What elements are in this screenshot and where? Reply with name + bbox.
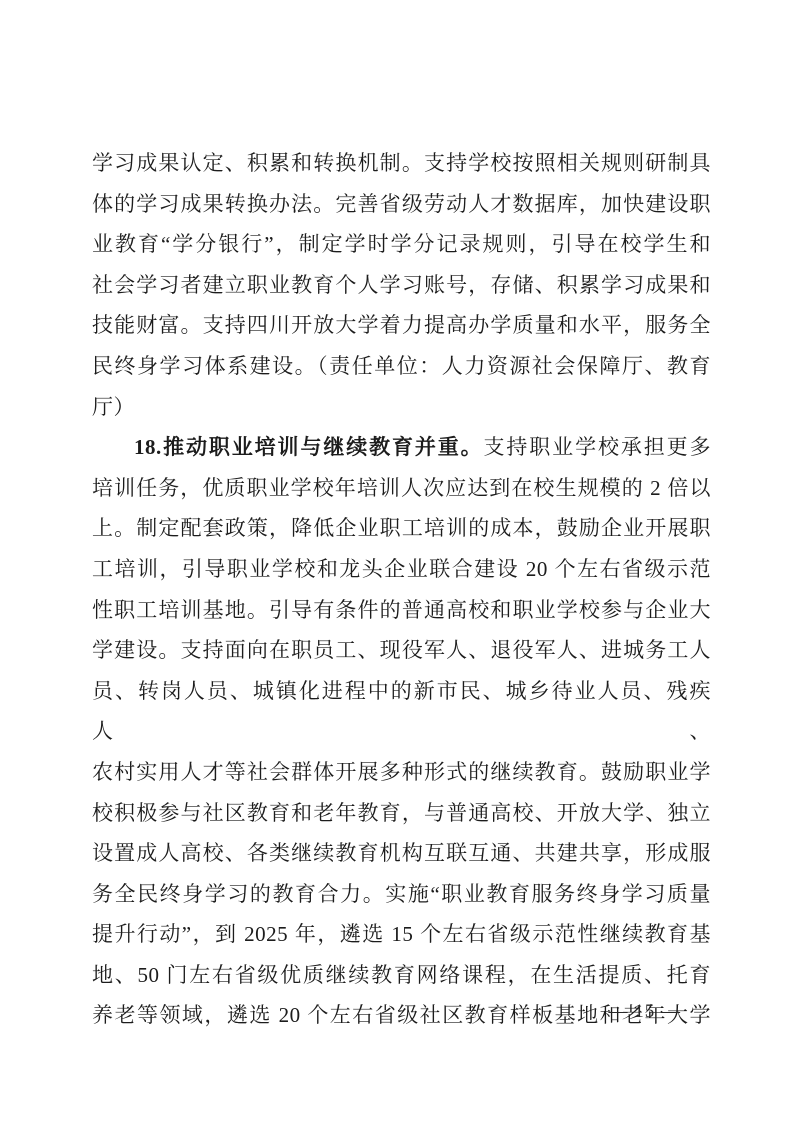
text-line: 工培训，引导职业学校和龙头企业联合建设 20 个左右省级示范 xyxy=(92,549,711,590)
text-line: 厅） xyxy=(92,387,711,428)
text-run: 提升行动”，到 2025 年，遴选 15 个左右省级示范性继续教育基 xyxy=(92,922,711,946)
text-run: 校积极参与社区教育和老年教育，与普通高校、开放大学、独立 xyxy=(92,801,711,825)
text-line: 地、50 门左右省级优质继续教育网络课程，在生活提质、托育 xyxy=(92,955,711,996)
text-run: 务全民终身学习的教育合力。实施“职业教育服务终身学习质量 xyxy=(92,882,711,906)
text-line: 民终身学习体系建设。（责任单位：人力资源社会保障厅、教育 xyxy=(92,346,711,387)
heading-run: 18.推动职业培训与继续教育并重。 xyxy=(134,435,484,459)
text-run: 培训任务，优质职业学校年培训人次应达到在校生规模的 2 倍以 xyxy=(92,476,711,500)
text-run: 设置成人高校、各类继续教育机构互联互通、共建共享，形成服 xyxy=(92,841,711,865)
document-page: 学习成果认定、积累和转换机制。支持学校按照相关规则研制具体的学习成果转换办法。完… xyxy=(0,0,793,1122)
text-line: 体的学习成果转换办法。完善省级劳动人才数据库，加快建设职 xyxy=(92,184,711,225)
text-line: 培训任务，优质职业学校年培训人次应达到在校生规模的 2 倍以 xyxy=(92,468,711,509)
text-line: 设置成人高校、各类继续教育机构互联互通、共建共享，形成服 xyxy=(92,833,711,874)
text-line: 18.推动职业培训与继续教育并重。支持职业学校承担更多 xyxy=(92,427,711,468)
text-run: 厅） xyxy=(92,395,135,419)
text-run: 社会学习者建立职业教育个人学习账号，存储、积累学习成果和 xyxy=(92,273,711,297)
text-run: 地、50 门左右省级优质继续教育网络课程，在生活提质、托育 xyxy=(92,963,711,987)
text-line: 员、转岗人员、城镇化进程中的新市民、城乡待业人员、残疾人、 xyxy=(92,671,711,752)
text-line: 技能财富。支持四川开放大学着力提高办学质量和水平，服务全 xyxy=(92,305,711,346)
text-line: 学习成果认定、积累和转换机制。支持学校按照相关规则研制具 xyxy=(92,143,711,184)
text-line: 提升行动”，到 2025 年，遴选 15 个左右省级示范性继续教育基 xyxy=(92,914,711,955)
text-line: 性职工培训基地。引导有条件的普通高校和职业学校参与企业大 xyxy=(92,590,711,631)
text-run: 上。制定配套政策，降低企业职工培训的成本，鼓励企业开展职 xyxy=(92,516,711,540)
text-line: 农村实用人才等社会群体开展多种形式的继续教育。鼓励职业学 xyxy=(92,752,711,793)
text-run: 支持职业学校承担更多 xyxy=(484,435,711,459)
text-run: 技能财富。支持四川开放大学着力提高办学质量和水平，服务全 xyxy=(92,313,711,337)
text-line: 业教育“学分银行”，制定学时学分记录规则，引导在校学生和 xyxy=(92,224,711,265)
text-run: 农村实用人才等社会群体开展多种形式的继续教育。鼓励职业学 xyxy=(92,760,711,784)
text-line: 校积极参与社区教育和老年教育，与普通高校、开放大学、独立 xyxy=(92,793,711,834)
text-run: 员、转岗人员、城镇化进程中的新市民、城乡待业人员、残疾人、 xyxy=(92,679,711,744)
text-run: 性职工培训基地。引导有条件的普通高校和职业学校参与企业大 xyxy=(92,598,711,622)
text-run: 民终身学习体系建设。（责任单位：人力资源社会保障厅、教育 xyxy=(92,354,711,378)
text-line: 社会学习者建立职业教育个人学习账号，存储、积累学习成果和 xyxy=(92,265,711,306)
text-run: 学习成果认定、积累和转换机制。支持学校按照相关规则研制具 xyxy=(92,151,711,175)
text-run: 业教育“学分银行”，制定学时学分记录规则，引导在校学生和 xyxy=(92,232,711,256)
text-line: 上。制定配套政策，降低企业职工培训的成本，鼓励企业开展职 xyxy=(92,508,711,549)
text-line: 学建设。支持面向在职员工、现役军人、退役军人、进城务工人 xyxy=(92,630,711,671)
text-line: 务全民终身学习的教育合力。实施“职业教育服务终身学习质量 xyxy=(92,874,711,915)
text-run: 学建设。支持面向在职员工、现役军人、退役军人、进城务工人 xyxy=(92,638,711,662)
page-number: — 15 — xyxy=(609,1000,682,1024)
document-body: 学习成果认定、积累和转换机制。支持学校按照相关规则研制具体的学习成果转换办法。完… xyxy=(92,143,711,1036)
text-run: 工培训，引导职业学校和龙头企业联合建设 20 个左右省级示范 xyxy=(92,557,711,581)
text-run: 体的学习成果转换办法。完善省级劳动人才数据库，加快建设职 xyxy=(92,192,711,216)
